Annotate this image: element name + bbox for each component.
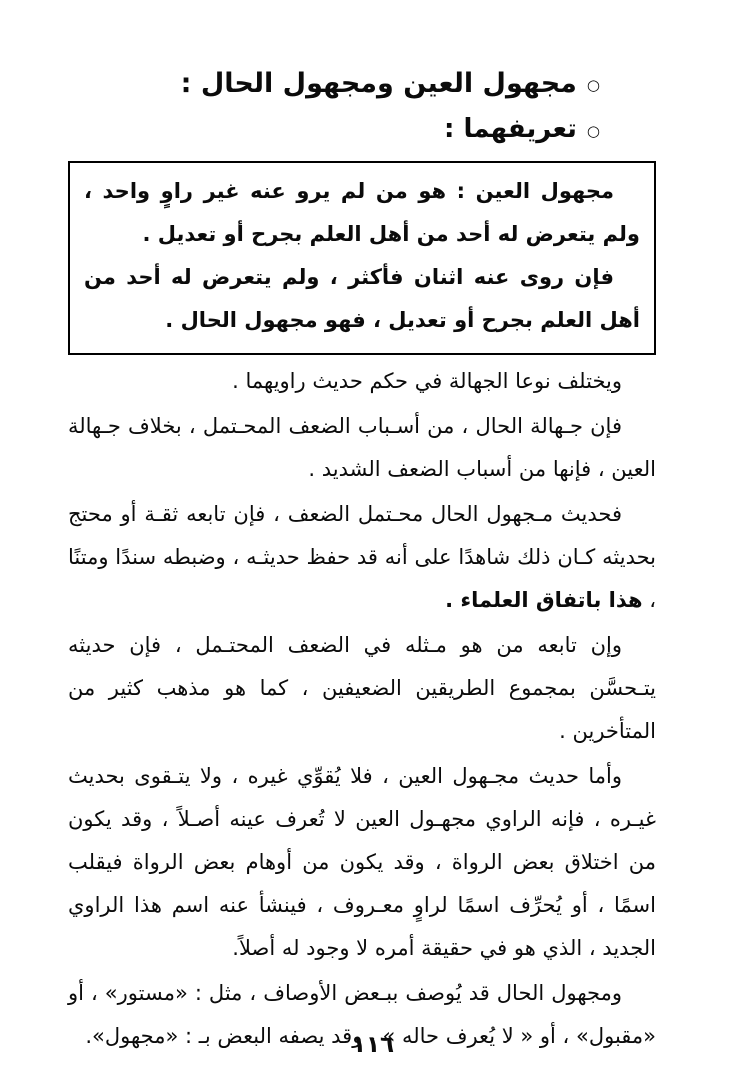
body-paragraph-4: وإن تابعه من هو مـثله في الضعف المحتـمل …	[68, 624, 656, 753]
section-heading-main-text: مجهول العين ومجهول الحال :	[181, 68, 577, 99]
section-heading-definitions: ○ تعريفهما :	[68, 114, 600, 144]
definition-majhul-hal: فإن روى عنه اثنان فأكثر ، ولم يتعرض له أ…	[84, 256, 640, 342]
body-text-block: ويختلف نوعا الجهالة في حكم حديث راويهما …	[68, 360, 656, 1058]
circle-bullet-icon: ○	[587, 78, 600, 93]
body-paragraph-1: ويختلف نوعا الجهالة في حكم حديث راويهما …	[68, 360, 656, 403]
body-paragraph-5: وأما حديث مجـهول العين ، فلا يُقوِّي غير…	[68, 755, 656, 970]
section-heading-main: ○ مجهول العين ومجهول الحال :	[68, 68, 600, 99]
definition-majhul-ayn: مجهول العين : هو من لم يرو عنه غير راوٍ …	[84, 170, 640, 256]
page-number: ١١٦	[0, 1032, 746, 1058]
body-paragraph-3-bold-phrase: هذا باتفاق العلماء .	[445, 588, 642, 612]
page-content: ○ مجهول العين ومجهول الحال : ○ تعريفهما …	[68, 56, 656, 1058]
book-page: ○ مجهول العين ومجهول الحال : ○ تعريفهما …	[0, 0, 746, 1084]
body-paragraph-3: فحديث مـجهول الحال محـتمل الضعف ، فإن تا…	[68, 493, 656, 622]
circle-bullet-icon: ○	[587, 124, 600, 139]
body-paragraph-2: فإن جـهالة الحال ، من أسـباب الضعف المحـ…	[68, 405, 656, 491]
definition-box: مجهول العين : هو من لم يرو عنه غير راوٍ …	[68, 161, 656, 355]
section-heading-definitions-text: تعريفهما :	[444, 114, 577, 144]
